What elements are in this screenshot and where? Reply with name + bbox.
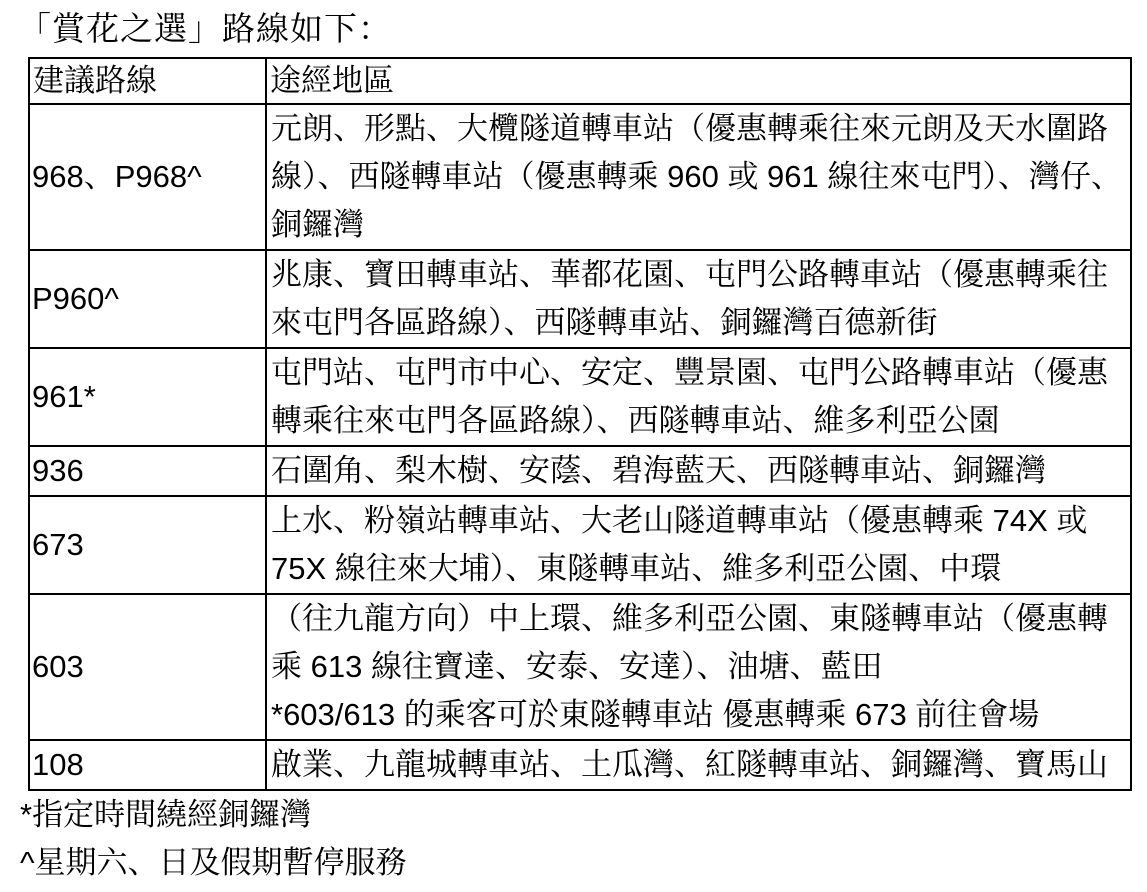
document-page: 「賞花之選」路線如下： 建議路線 途經地區 968、P968^ 元朗、形點、大欖…: [0, 0, 1147, 892]
route-cell: 936: [29, 446, 266, 496]
areas-cell: 屯門站、屯門市中心、安定、豐景園、屯門公路轉車站（優惠轉乘往來屯門各區路線）、西…: [266, 348, 1131, 446]
table-row: 961* 屯門站、屯門市中心、安定、豐景園、屯門公路轉車站（優惠轉乘往來屯門各區…: [29, 348, 1131, 446]
route-cell: 108: [29, 740, 266, 790]
footnote-designated-times: *指定時間繞經銅鑼灣: [20, 791, 1147, 839]
route-cell: P960^: [29, 250, 266, 348]
table-row: 673 上水、粉嶺站轉車站、大老山隧道轉車站（優惠轉乘 74X 或 75X 線往…: [29, 496, 1131, 594]
table-row: P960^ 兆康、寶田轉車站、華都花園、屯門公路轉車站（優惠轉乘往來屯門各區路線…: [29, 250, 1131, 348]
areas-cell: 上水、粉嶺站轉車站、大老山隧道轉車站（優惠轉乘 74X 或 75X 線往來大埔）…: [266, 496, 1131, 594]
areas-cell: 元朗、形點、大欖隧道轉車站（優惠轉乘往來元朗及天水圍路線）、西隧轉車站（優惠轉乘…: [266, 104, 1131, 250]
table-row: 936 石圍角、梨木樹、安蔭、碧海藍天、西隧轉車站、銅鑼灣: [29, 446, 1131, 496]
areas-cell: 啟業、九龍城轉車站、土瓜灣、紅隧轉車站、銅鑼灣、寶馬山: [266, 740, 1131, 790]
table-row: 603 （往九龍方向）中上環、維多利亞公園、東隧轉車站（優惠轉乘 613 線往寶…: [29, 594, 1131, 740]
areas-text: （往九龍方向）中上環、維多利亞公園、東隧轉車站（優惠轉乘 613 線往寶達、安泰…: [271, 595, 1129, 691]
table-row: 968、P968^ 元朗、形點、大欖隧道轉車站（優惠轉乘往來元朗及天水圍路線）、…: [29, 104, 1131, 250]
route-cell: 961*: [29, 348, 266, 446]
route-cell: 968、P968^: [29, 104, 266, 250]
footnote-service-suspension: ^星期六、日及假期暫停服務: [20, 839, 1147, 887]
header-route: 建議路線: [29, 58, 266, 104]
areas-cell: （往九龍方向）中上環、維多利亞公園、東隧轉車站（優惠轉乘 613 線往寶達、安泰…: [266, 594, 1131, 740]
route-cell: 603: [29, 594, 266, 740]
route-table: 建議路線 途經地區 968、P968^ 元朗、形點、大欖隧道轉車站（優惠轉乘往來…: [28, 57, 1132, 791]
areas-cell: 兆康、寶田轉車站、華都花園、屯門公路轉車站（優惠轉乘往來屯門各區路線）、西隧轉車…: [266, 250, 1131, 348]
page-title: 「賞花之選」路線如下：: [18, 6, 1147, 52]
areas-cell: 石圍角、梨木樹、安蔭、碧海藍天、西隧轉車站、銅鑼灣: [266, 446, 1131, 496]
route-cell: 673: [29, 496, 266, 594]
areas-note: *603/613 的乘客可於東隧轉車站 優惠轉乘 673 前往會場: [271, 691, 1129, 739]
table-header-row: 建議路線 途經地區: [29, 58, 1131, 104]
header-areas: 途經地區: [266, 58, 1131, 104]
table-row: 108 啟業、九龍城轉車站、土瓜灣、紅隧轉車站、銅鑼灣、寶馬山: [29, 740, 1131, 790]
